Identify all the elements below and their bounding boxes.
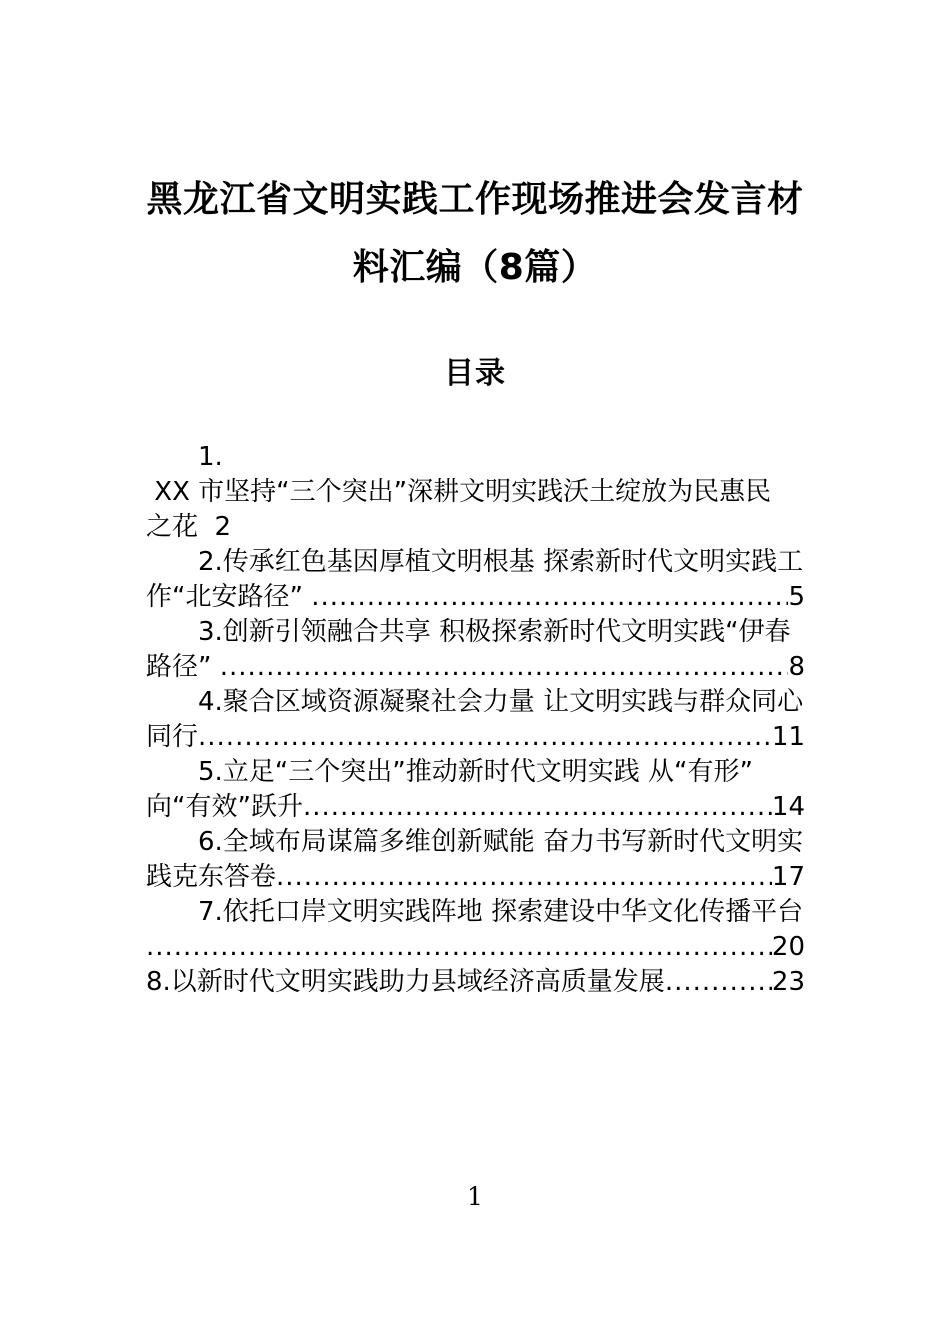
toc-line: 5.立足“三个突出”推动新时代文明实践 从“有形”	[146, 755, 805, 790]
document-title: 黑龙江省文明实践工作现场推进会发言材 料汇编（8篇）	[0, 0, 950, 302]
toc-line-text: 2.传承红色基因厚植文明根基 探索新时代文明实践工	[146, 545, 803, 580]
toc-list: 1. XX 市坚持“三个突出”深耕文明实践沃土绽放为民惠民 之花 2 2.传承红…	[0, 440, 950, 1000]
toc-line: XX 市坚持“三个突出”深耕文明实践沃土绽放为民惠民	[146, 475, 805, 510]
toc-line-text: 3.创新引领融合共享 积极探索新时代文明实践“伊春	[146, 615, 791, 650]
toc-line-text: 8.以新时代文明实践助力县域经济高质量发展	[146, 965, 665, 1000]
toc-line-text: 路径”	[146, 650, 220, 685]
toc-dot-leader: ........................................…	[311, 580, 788, 615]
document-page: 黑龙江省文明实践工作现场推进会发言材 料汇编（8篇） 目录 1. XX 市坚持“…	[0, 0, 950, 1344]
toc-dot-leader: ........................................…	[198, 720, 772, 755]
toc-line: 同行 .....................................…	[146, 720, 805, 755]
toc-line-text: XX 市坚持“三个突出”深耕文明实践沃土绽放为民惠民	[146, 475, 771, 510]
toc-line: 向“有效”跃升 ................................…	[146, 790, 805, 825]
toc-page-number: 23	[772, 965, 805, 1000]
toc-line-text: 1.	[146, 440, 223, 475]
document-title-line-2: 料汇编（8篇）	[0, 234, 950, 302]
toc-line: 8.以新时代文明实践助力县域经济高质量发展 ..................…	[146, 965, 805, 1000]
footer-page-number: 1	[0, 1182, 950, 1212]
toc-page-number: 17	[772, 860, 805, 895]
toc-line: 作“北安路径” ................................…	[146, 580, 805, 615]
toc-line-text: 践克东答卷	[146, 860, 276, 895]
toc-dot-leader: ........................................…	[303, 790, 772, 825]
toc-line-text: 作“北安路径”	[146, 580, 311, 615]
toc-line: 1.	[146, 440, 805, 475]
toc-line-text: 5.立足“三个突出”推动新时代文明实践 从“有形”	[146, 755, 753, 790]
toc-line: ........................................…	[146, 930, 805, 965]
toc-dot-leader: ........................................…	[146, 930, 772, 965]
toc-heading: 目录	[0, 354, 950, 394]
toc-line-text: 4.聚合区域资源凝聚社会力量 让文明实践与群众同心	[146, 685, 803, 720]
toc-line-text: 之花 2	[146, 510, 231, 545]
toc-line: 之花 2	[146, 510, 805, 545]
toc-page-number: 8	[788, 650, 805, 685]
toc-page-number: 14	[772, 790, 805, 825]
toc-dot-leader: ........................................…	[665, 965, 772, 1000]
toc-line-text: 同行	[146, 720, 198, 755]
toc-line: 2.传承红色基因厚植文明根基 探索新时代文明实践工	[146, 545, 805, 580]
toc-page-number: 5	[788, 580, 805, 615]
toc-dot-leader: ........................................…	[220, 650, 789, 685]
toc-line: 6.全域布局谋篇多维创新赋能 奋力书写新时代文明实	[146, 825, 805, 860]
toc-dot-leader: ........................................…	[276, 860, 772, 895]
toc-line: 4.聚合区域资源凝聚社会力量 让文明实践与群众同心	[146, 685, 805, 720]
toc-line: 路径” ....................................…	[146, 650, 805, 685]
toc-line-text: 6.全域布局谋篇多维创新赋能 奋力书写新时代文明实	[146, 825, 803, 860]
toc-line: 3.创新引领融合共享 积极探索新时代文明实践“伊春	[146, 615, 805, 650]
toc-line-text: 7.依托口岸文明实践阵地 探索建设中华文化传播平台	[146, 895, 803, 930]
toc-page-number: 20	[772, 930, 805, 965]
toc-line: 践克东答卷 ..................................…	[146, 860, 805, 895]
toc-line: 7.依托口岸文明实践阵地 探索建设中华文化传播平台	[146, 895, 805, 930]
toc-page-number: 11	[772, 720, 805, 755]
toc-line-text: 向“有效”跃升	[146, 790, 303, 825]
document-title-line-1: 黑龙江省文明实践工作现场推进会发言材	[0, 166, 950, 234]
